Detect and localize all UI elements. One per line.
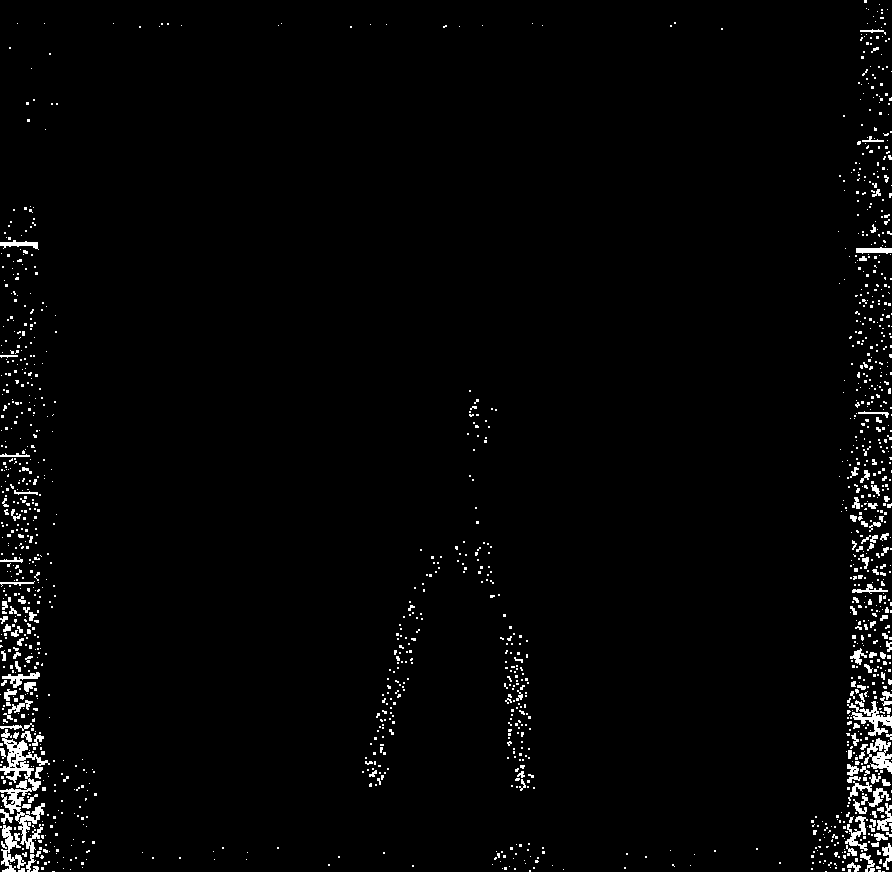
binary-motion-frame — [0, 0, 892, 872]
motion-mask-canvas — [0, 0, 892, 872]
